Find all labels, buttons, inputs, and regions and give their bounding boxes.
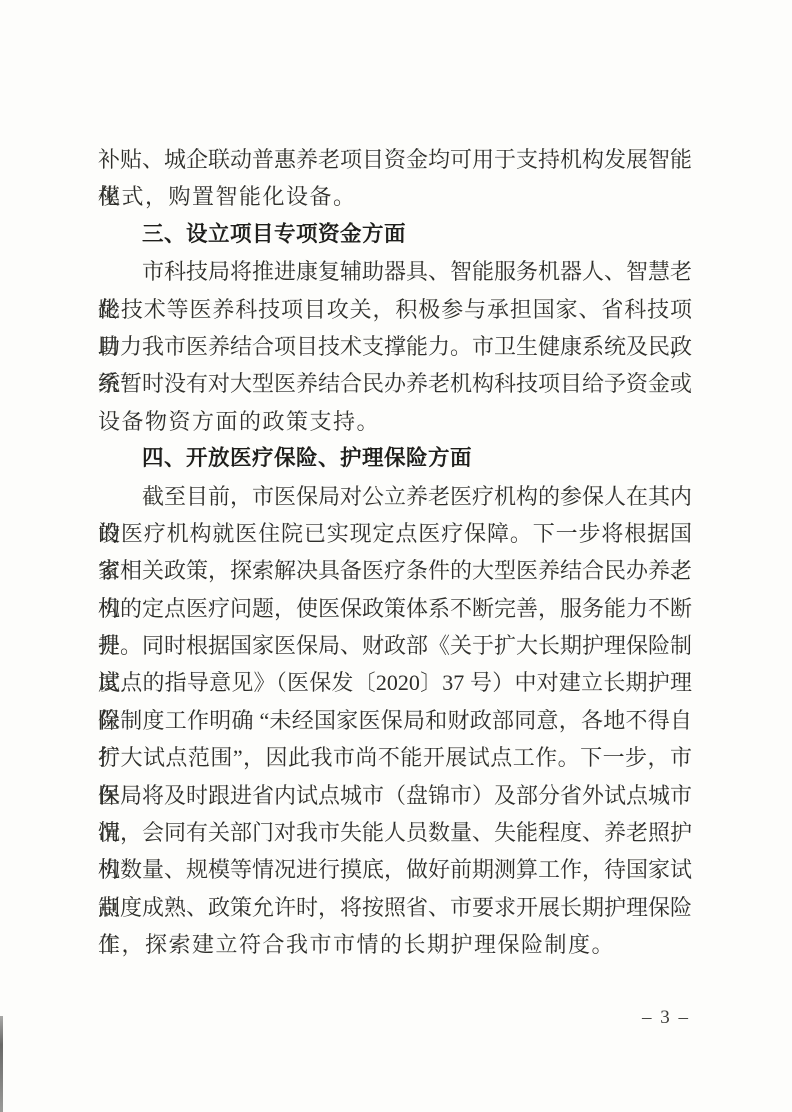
text-line: 统暂时没有对大型医养结合民办养老机构科技项目给予资金或 — [98, 365, 692, 402]
scan-edge-artifact — [0, 1016, 3, 1112]
document-body: 补贴、城企联动普惠养老项目资金均可用于支持机构发展智能化模式，购置智能化设备。三… — [98, 141, 692, 964]
text-line: 保局将及时跟进省内试点城市（盘锦市）及部分省外试点城市情 — [98, 777, 692, 814]
section-heading: 三、设立项目专项资金方面 — [98, 216, 692, 253]
text-line: 扩大试点范围”，因此我市尚不能开展试点工作。下一步，市医 — [98, 739, 692, 776]
text-line: 模式，购置智能化设备。 — [98, 178, 692, 215]
text-line: 市科技局将推进康复辅助器具、智能服务机器人、智慧老龄 — [98, 253, 692, 290]
text-line: 构的定点医疗问题，使医保政策体系不断完善，服务能力不断提 — [98, 590, 692, 627]
text-line: 截至目前，市医保局对公立养老医疗机构的参保人在其内设 — [98, 478, 692, 515]
text-line: 省相关政策，探索解决具备医疗条件的大型医养结合民办养老机 — [98, 552, 692, 589]
text-line: 升。同时根据国家医保局、财政部《关于扩大长期护理保险制度 — [98, 627, 692, 664]
section-heading: 四、开放医疗保险、护理保险方面 — [98, 440, 692, 477]
text-line: 试点的指导意见》（医保发〔2020〕37 号）中对建立长期护理保 — [98, 664, 692, 701]
document-page: 补贴、城企联动普惠养老项目资金均可用于支持机构发展智能化模式，购置智能化设备。三… — [0, 0, 792, 1112]
text-line: 化技术等医养科技项目攻关，积极参与承担国家、省科技项目， — [98, 291, 692, 328]
text-line: 制度成熟、政策允许时，将按照省、市要求开展长期护理保险工 — [98, 889, 692, 926]
page-number: – 3 – — [636, 1006, 696, 1030]
text-line: 助力我市医养结合项目技术支撑能力。市卫生健康系统及民政系 — [98, 328, 692, 365]
text-line: 险制度工作明确 “未经国家医保局和财政部同意，各地不得自行 — [98, 702, 692, 739]
text-line: 设备物资方面的政策支持。 — [98, 403, 692, 440]
text-line: 补贴、城企联动普惠养老项目资金均可用于支持机构发展智能化 — [98, 141, 692, 178]
text-line: 构数量、规模等情况进行摸底，做好前期测算工作，待国家试点 — [98, 851, 692, 888]
text-line: 作，探索建立符合我市市情的长期护理保险制度。 — [98, 926, 692, 963]
text-line: 况，会同有关部门对我市失能人员数量、失能程度、养老照护机 — [98, 814, 692, 851]
text-line: 的医疗机构就医住院已实现定点医疗保障。下一步将根据国家、 — [98, 515, 692, 552]
